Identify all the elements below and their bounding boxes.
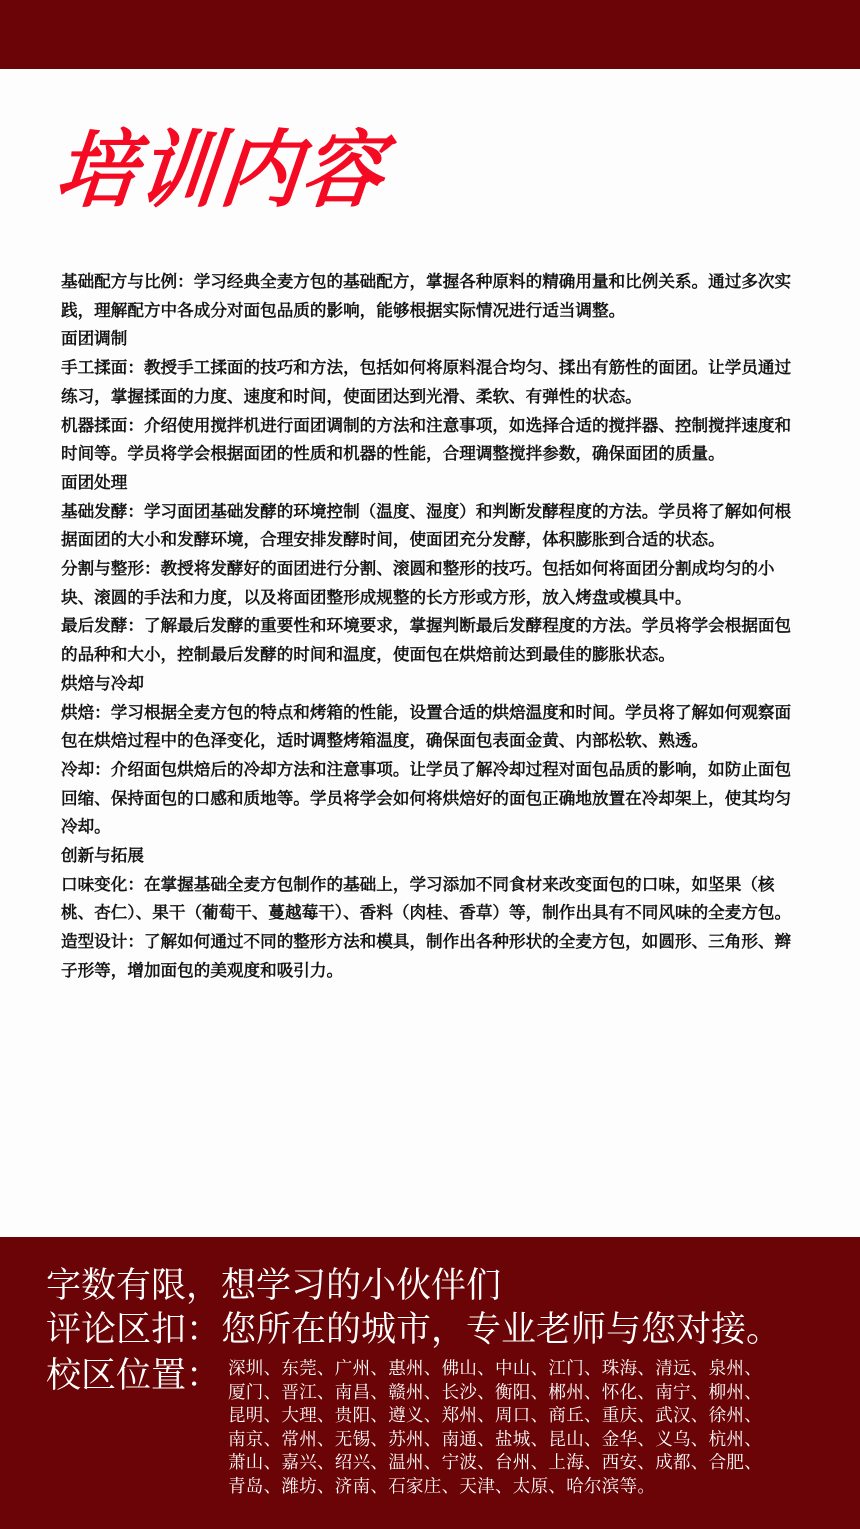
campus-label: 校区位置：	[46, 1354, 221, 1398]
city-line: 昆明、大理、贵阳、遵义、郑州、周口、商丘、重庆、武汉、徐州、	[228, 1405, 828, 1429]
city-line: 南京、常州、无锡、苏州、南通、盐城、昆山、金华、义乌、杭州、	[228, 1429, 828, 1453]
paragraph-basic-recipe: 基础配方与比例：学习经典全麦方包的基础配方，掌握各种原料的精确用量和比例关系。通…	[61, 268, 796, 325]
paragraph-bulk-fermentation: 基础发酵：学习面团基础发酵的环境控制（温度、湿度）和判断发酵程度的方法。学员将了…	[61, 498, 796, 555]
paragraph-flavor-variation: 口味变化：在掌握基础全麦方包制作的基础上，学习添加不同食材来改变面包的口味，如坚…	[61, 871, 796, 928]
paragraph-hand-kneading: 手工揉面：教授手工揉面的技巧和方法，包括如何将原料混合均匀、揉出有筋性的面团。让…	[61, 354, 796, 411]
paragraph-final-proof: 最后发酵：了解最后发酵的重要性和环境要求，掌握判断最后发酵程度的方法。学员将学会…	[61, 612, 796, 669]
paragraph-dividing-shaping: 分割与整形：教授将发酵好的面团进行分割、滚圆和整形的技巧。包括如何将面团分割成均…	[61, 555, 796, 612]
paragraph-baking: 烘焙：学习根据全麦方包的特点和烤箱的性能，设置合适的烘焙温度和时间。学员将了解如…	[61, 699, 796, 756]
training-content: 基础配方与比例：学习经典全麦方包的基础配方，掌握各种原料的精确用量和比例关系。通…	[61, 268, 796, 986]
page-title: 培训内容	[51, 118, 390, 223]
paragraph-machine-kneading: 机器揉面：介绍使用搅拌机进行面团调制的方法和注意事项，如选择合适的搅拌器、控制搅…	[61, 412, 796, 469]
promo-line-1: 字数有限，想学习的小伙伴们	[46, 1264, 501, 1308]
city-line: 萧山、嘉兴、绍兴、温州、宁波、台州、上海、西安、成都、合肥、	[228, 1452, 828, 1476]
promo-line-2: 评论区扣：您所在的城市，专业老师与您对接。	[46, 1308, 781, 1352]
footer-banner: 字数有限，想学习的小伙伴们 评论区扣：您所在的城市，专业老师与您对接。 校区位置…	[0, 1237, 860, 1529]
section-heading-dough-mixing: 面团调制	[61, 325, 796, 354]
section-heading-innovation: 创新与拓展	[61, 842, 796, 871]
city-line: 厦门、晋江、南昌、赣州、长沙、衡阳、郴州、怀化、南宁、柳州、	[228, 1382, 828, 1406]
top-banner	[0, 0, 860, 69]
section-heading-dough-processing: 面团处理	[61, 469, 796, 498]
campus-city-list: 深圳、东莞、广州、惠州、佛山、中山、江门、珠海、清远、泉州、 厦门、晋江、南昌、…	[228, 1358, 828, 1500]
paragraph-cooling: 冷却：介绍面包烘焙后的冷却方法和注意事项。让学员了解冷却过程对面包品质的影响，如…	[61, 756, 796, 842]
city-line: 深圳、东莞、广州、惠州、佛山、中山、江门、珠海、清远、泉州、	[228, 1358, 828, 1382]
city-line: 青岛、潍坊、济南、石家庄、天津、太原、哈尔滨等。	[228, 1476, 828, 1500]
paragraph-shape-design: 造型设计：了解如何通过不同的整形方法和模具，制作出各种形状的全麦方包，如圆形、三…	[61, 928, 796, 985]
section-heading-baking-cooling: 烘焙与冷却	[61, 670, 796, 699]
